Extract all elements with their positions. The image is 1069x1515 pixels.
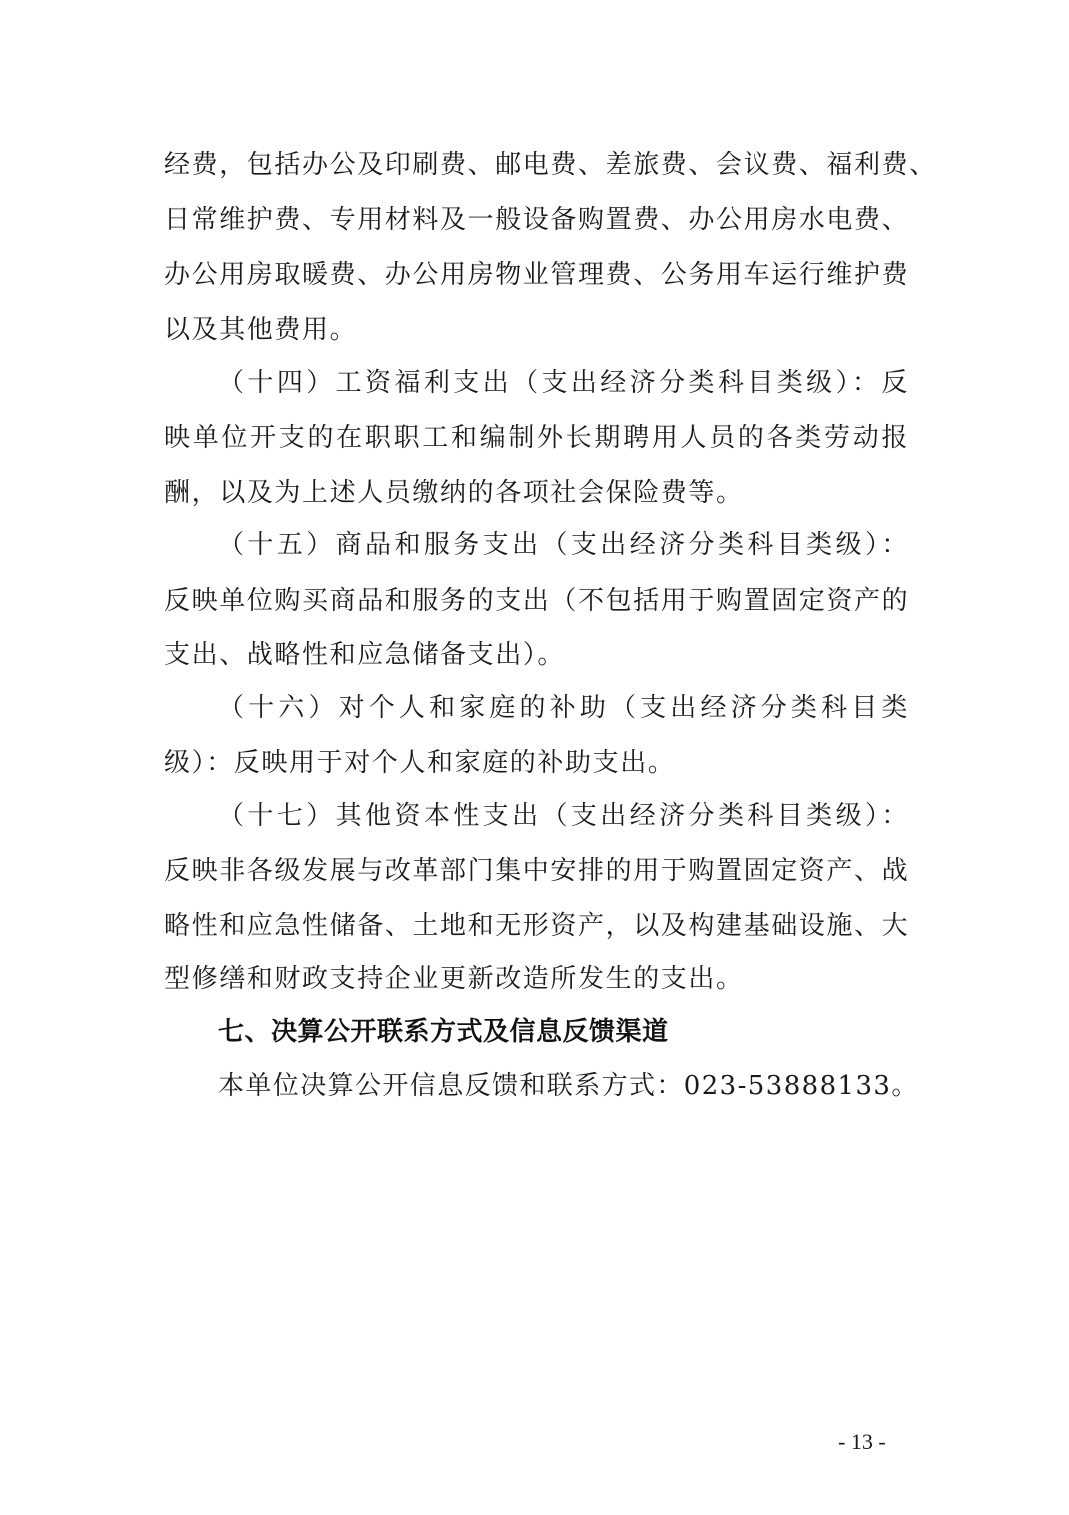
paragraph-line: 经费，包括办公及印刷费、邮电费、差旅费、会议费、福利费、 xyxy=(164,148,909,182)
paragraph-line: 映单位开支的在职职工和编制外长期聘用人员的各类劳动报 xyxy=(164,421,909,455)
paragraph-line: 略性和应急性储备、土地和无形资产，以及构建基础设施、大 xyxy=(164,909,909,943)
contact-info: 本单位决算公开信息反馈和联系方式：023-53888133。 xyxy=(218,1069,919,1103)
paragraph-line: 反映单位购买商品和服务的支出（不包括用于购置固定资产的 xyxy=(164,584,909,618)
paragraph-line: 反映非各级发展与改革部门集中安排的用于购置固定资产、战 xyxy=(164,854,909,888)
paragraph-line: 支出、战略性和应急储备支出）。 xyxy=(164,638,909,672)
item-14-heading-line: （十四）工资福利支出（支出经济分类科目类级）：反 xyxy=(218,366,909,400)
item-17-heading-line: （十七）其他资本性支出（支出经济分类科目类级）： xyxy=(218,799,909,833)
section-heading: 七、决算公开联系方式及信息反馈渠道 xyxy=(218,1015,669,1049)
paragraph-line: 日常维护费、专用材料及一般设备购置费、办公用房水电费、 xyxy=(164,203,909,237)
paragraph-line: 办公用房取暖费、办公用房物业管理费、公务用车运行维护费 xyxy=(164,258,909,292)
paragraph-line: 级）：反映用于对个人和家庭的补助支出。 xyxy=(164,746,909,780)
item-16-heading-line: （十六）对个人和家庭的补助（支出经济分类科目类 xyxy=(218,691,909,725)
paragraph-line: 酬，以及为上述人员缴纳的各项社会保险费等。 xyxy=(164,476,909,510)
document-page: 经费，包括办公及印刷费、邮电费、差旅费、会议费、福利费、 日常维护费、专用材料及… xyxy=(0,0,1069,1515)
paragraph-line: 以及其他费用。 xyxy=(164,313,909,347)
page-number: - 13 - xyxy=(838,1429,886,1455)
item-15-heading-line: （十五）商品和服务支出（支出经济分类科目类级）： xyxy=(218,528,909,562)
paragraph-line: 型修缮和财政支持企业更新改造所发生的支出。 xyxy=(164,962,909,996)
